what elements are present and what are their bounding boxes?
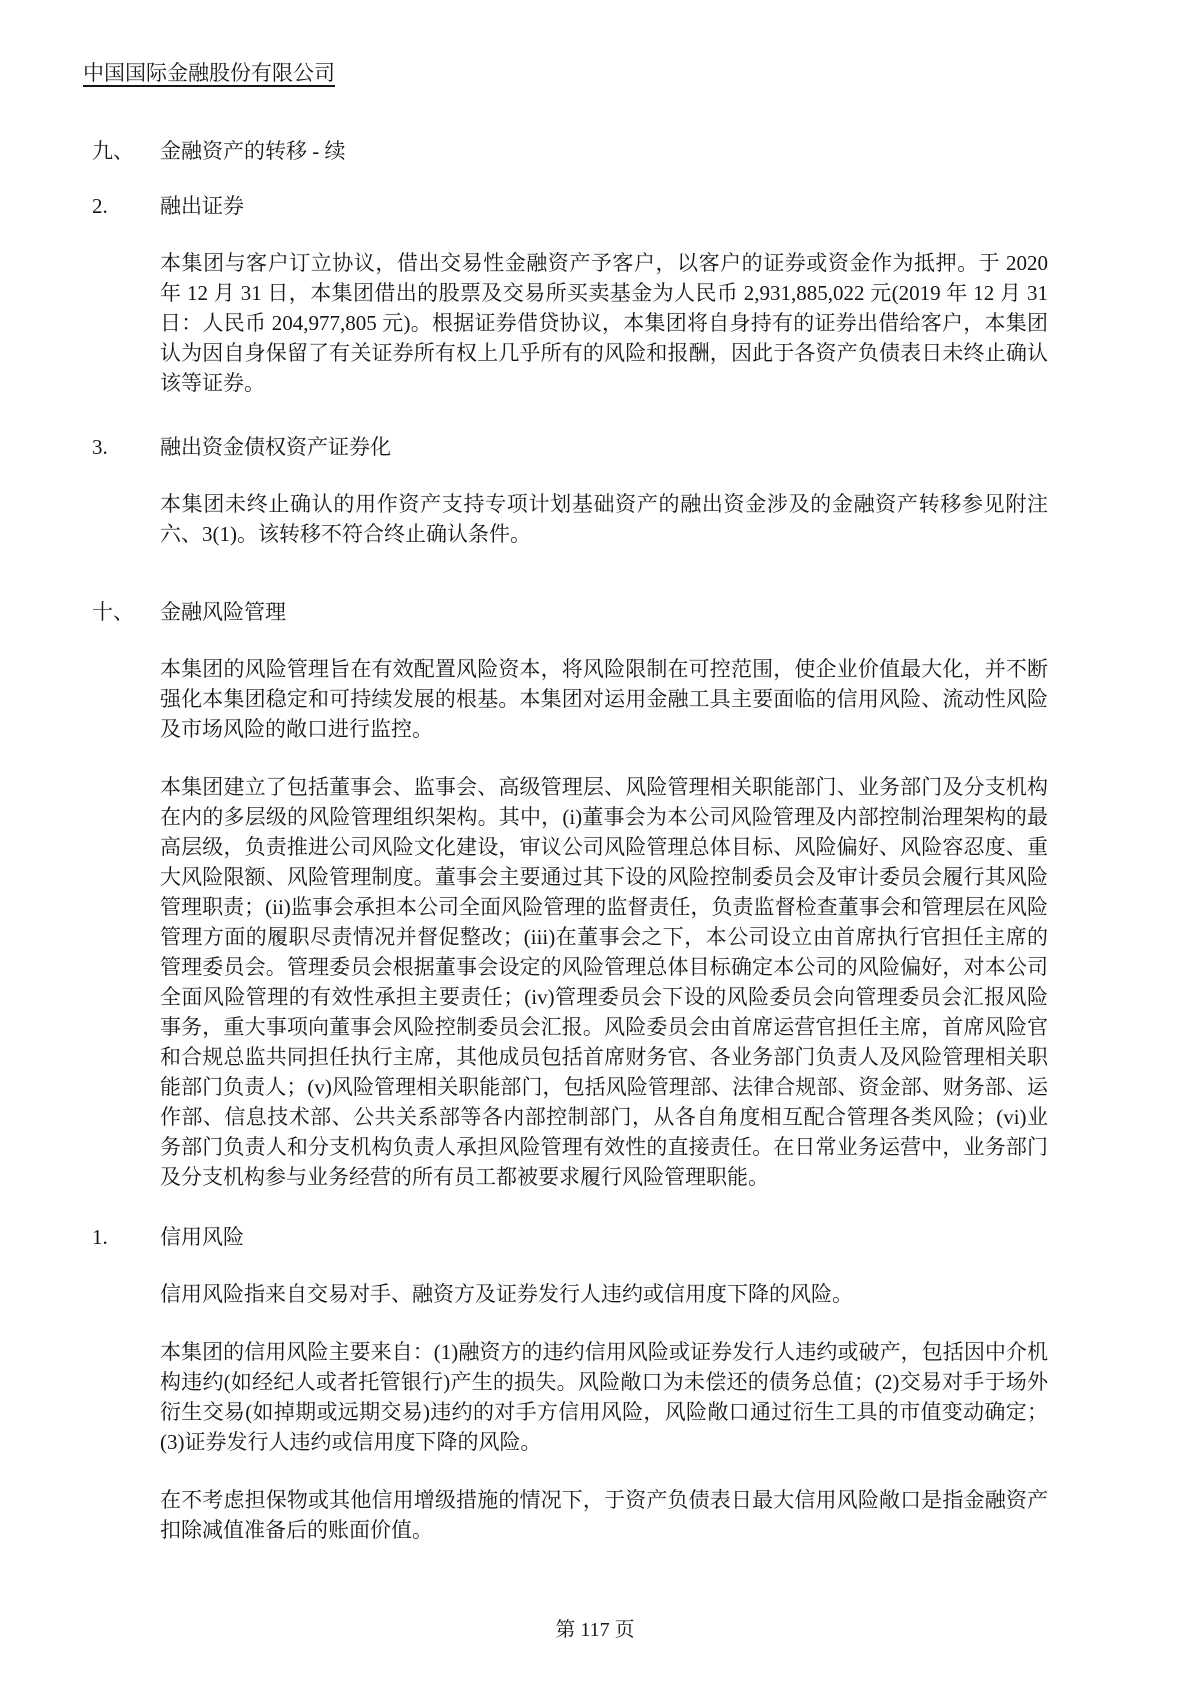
paragraph: 在不考虑担保物或其他信用增级措施的情况下，于资产负债表日最大信用风险敞口是指金融…: [160, 1485, 1048, 1545]
section-title: 融出资金债权资产证券化: [160, 434, 391, 461]
section-title: 融出证券: [160, 193, 244, 220]
paragraph: 信用风险指来自交易对手、融资方及证券发行人违约或信用度下降的风险。: [160, 1279, 1048, 1309]
section-title: 金融资产的转移 - 续: [160, 138, 346, 165]
section-title: 信用风险: [160, 1224, 244, 1251]
page-content: 中国国际金融股份有限公司 九、 金融资产的转移 - 续 2. 融出证券 本集团与…: [0, 0, 1190, 1545]
section-number: 2.: [92, 193, 160, 220]
section-title: 金融风险管理: [160, 599, 286, 626]
paragraph: 本集团未终止确认的用作资产支持专项计划基础资产的融出资金涉及的金融资产转移参见附…: [160, 489, 1048, 549]
document-page: 中国国际金融股份有限公司 九、 金融资产的转移 - 续 2. 融出证券 本集团与…: [0, 0, 1190, 1684]
paragraph: 本集团的风险管理旨在有效配置风险资本，将风险限制在可控范围，使企业价值最大化，并…: [160, 654, 1048, 744]
section-number: 3.: [92, 434, 160, 461]
section-number: 1.: [92, 1224, 160, 1251]
section-heading-1: 1. 信用风险: [92, 1224, 1048, 1251]
section-heading-9: 九、 金融资产的转移 - 续: [92, 138, 1048, 165]
section-heading-10: 十、 金融风险管理: [92, 599, 1048, 626]
paragraph: 本集团建立了包括董事会、监事会、高级管理层、风险管理相关职能部门、业务部门及分支…: [160, 772, 1048, 1192]
section-heading-3: 3. 融出资金债权资产证券化: [92, 434, 1048, 461]
section-heading-2: 2. 融出证券: [92, 193, 1048, 220]
paragraph: 本集团的信用风险主要来自：(1)融资方的违约信用风险或证券发行人违约或破产，包括…: [160, 1337, 1048, 1457]
section-number: 十、: [92, 599, 160, 626]
paragraph: 本集团与客户订立协议，借出交易性金融资产予客户，以客户的证券或资金作为抵押。于 …: [160, 248, 1048, 398]
page-number-footer: 第 117 页: [0, 1618, 1190, 1642]
company-name-header: 中国国际金融股份有限公司: [83, 60, 1190, 86]
section-number: 九、: [92, 138, 160, 165]
